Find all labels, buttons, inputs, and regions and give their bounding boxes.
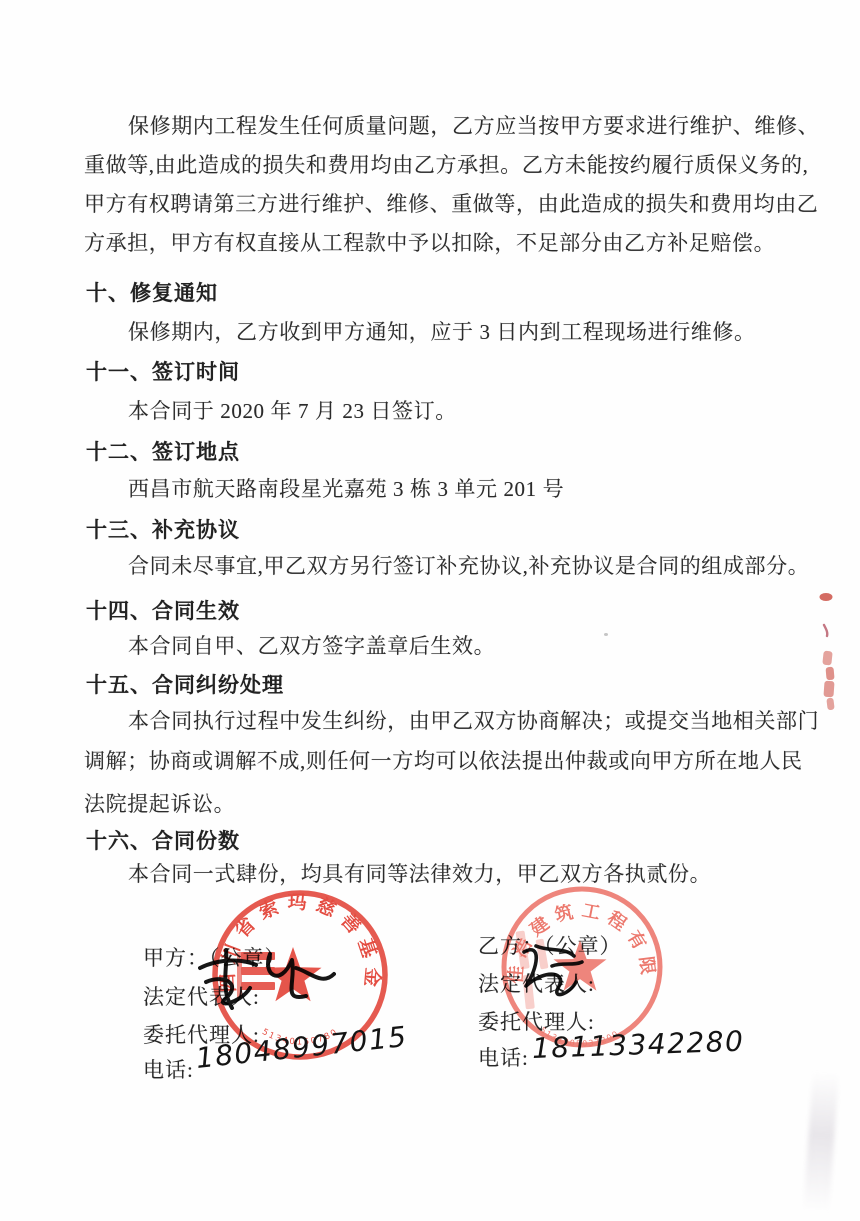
warranty-line-1: 保修期内工程发生任何质量问题，乙方应当按甲方要求进行维护、维修、 xyxy=(128,110,819,140)
section-15-body-line-1: 本合同执行过程中发生纠纷，由甲乙双方协商解决；或提交当地相关部门 xyxy=(128,705,819,735)
section-15-body-line-2: 调解；协商或调解不成,则任何一方均可以依法提出仲裁或向甲方所在地人民 xyxy=(84,745,803,775)
section-13-body: 合同未尽事宜,甲乙双方另行签订补充协议,补充协议是合同的组成部分。 xyxy=(128,550,809,580)
scan-speck xyxy=(604,633,608,636)
section-10-body: 保修期内，乙方收到甲方通知，应于 3 日内到工程现场进行维修。 xyxy=(128,316,756,346)
section-15-heading: 十五、合同纠纷处理 xyxy=(86,669,284,699)
party-a-signature xyxy=(192,944,342,1022)
party-b-signature xyxy=(512,938,596,1012)
section-14-body: 本合同自甲、乙双方签字盖章后生效。 xyxy=(128,630,495,660)
section-13-heading: 十三、补充协议 xyxy=(86,514,240,544)
contract-page: 保修期内工程发生任何质量问题，乙方应当按甲方要求进行维护、维修、 重做等,由此造… xyxy=(0,0,860,1221)
section-11-heading: 十一、签订时间 xyxy=(86,356,240,386)
section-16-heading: 十六、合同份数 xyxy=(86,825,240,855)
section-10-heading: 十、修复通知 xyxy=(86,277,218,307)
section-15-body-line-3: 法院提起诉讼。 xyxy=(84,788,235,818)
warranty-line-4: 方承担，甲方有权直接从工程款中予以扣除，不足部分由乙方补足赔偿。 xyxy=(84,227,775,257)
scan-shadow-streak xyxy=(803,1071,839,1212)
party-a-phone-label: 电话: xyxy=(143,1054,194,1084)
section-12-body: 西昌市航天路南段星光嘉苑 3 栋 3 单元 201 号 xyxy=(128,473,564,503)
warranty-line-3: 甲方有权聘请第三方进行维护、维修、重做等，由此造成的损失和费用均由乙 xyxy=(84,188,818,218)
section-12-heading: 十二、签订地点 xyxy=(86,436,240,466)
party-b-phone-handwritten: 18113342280 xyxy=(531,1025,744,1065)
section-14-heading: 十四、合同生效 xyxy=(86,595,240,625)
warranty-line-2: 重做等,由此造成的损失和费用均由乙方承担。乙方未能按约履行质保义务的, xyxy=(84,149,809,179)
section-11-body: 本合同于 2020 年 7 月 23 日签订。 xyxy=(128,395,457,425)
margin-red-marks xyxy=(810,585,852,717)
